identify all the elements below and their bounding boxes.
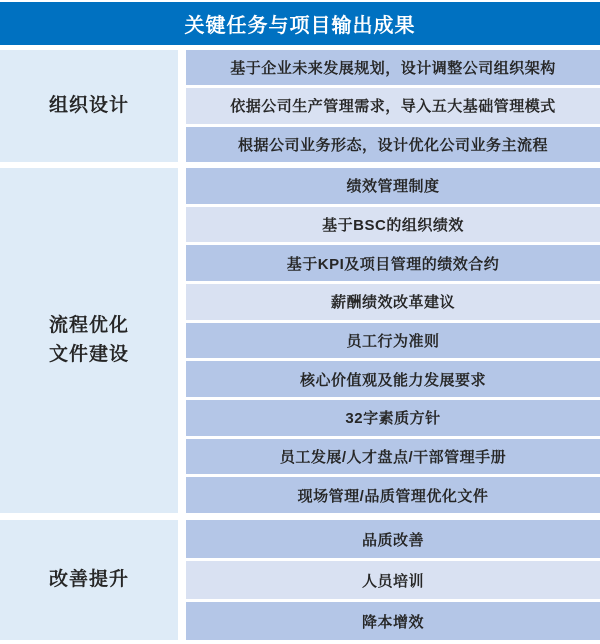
output-item-label: 根据公司业务形态，设计优化公司业务主流程 xyxy=(238,134,548,155)
output-item: 人员培训 xyxy=(186,561,600,599)
output-item: 基于KPI及项目管理的绩效合约 xyxy=(186,245,600,281)
output-item-label: 员工行为准则 xyxy=(346,330,439,351)
output-item: 根据公司业务形态，设计优化公司业务主流程 xyxy=(186,127,600,162)
section-row: 组织设计 基于企业未来发展规划，设计调整公司组织架构 依据公司生产管理需求，导入… xyxy=(0,50,600,162)
output-item-label: 人员培训 xyxy=(362,570,424,591)
output-item-label: 基于企业未来发展规划，设计调整公司组织架构 xyxy=(230,57,556,78)
category-cell: 改善提升 xyxy=(0,520,178,640)
output-item: 32字素质方针 xyxy=(186,400,600,436)
slide-table: 关键任务与项目输出成果 组织设计 基于企业未来发展规划，设计调整公司组织架构 依… xyxy=(0,0,600,644)
output-item: 基于企业未来发展规划，设计调整公司组织架构 xyxy=(186,50,600,85)
output-item: 薪酬绩效改革建议 xyxy=(186,284,600,320)
output-item-label: 降本增效 xyxy=(362,611,424,632)
output-item: 现场管理/品质管理优化文件 xyxy=(186,477,600,513)
output-item-label: 32字素质方针 xyxy=(345,407,440,428)
category-cell: 流程优化 文件建设 xyxy=(0,168,178,513)
output-item: 绩效管理制度 xyxy=(186,168,600,204)
output-item-label: 基于KPI及项目管理的绩效合约 xyxy=(287,253,500,274)
output-item: 员工行为准则 xyxy=(186,323,600,359)
category-label: 改善提升 xyxy=(49,566,129,595)
output-item-label: 品质改善 xyxy=(362,529,424,550)
output-item-label: 员工发展/人才盘点/干部管理手册 xyxy=(280,446,506,467)
table-body: 组织设计 基于企业未来发展规划，设计调整公司组织架构 依据公司生产管理需求，导入… xyxy=(0,50,600,640)
output-item: 品质改善 xyxy=(186,520,600,558)
section-row: 流程优化 文件建设 绩效管理制度 基于BSC的组织绩效 基于KPI及项目管理的绩… xyxy=(0,168,600,513)
output-item: 核心价值观及能力发展要求 xyxy=(186,361,600,397)
output-item: 员工发展/人才盘点/干部管理手册 xyxy=(186,439,600,475)
output-item-label: 绩效管理制度 xyxy=(346,175,439,196)
category-cell: 组织设计 xyxy=(0,50,178,162)
section-items: 绩效管理制度 基于BSC的组织绩效 基于KPI及项目管理的绩效合约 薪酬绩效改革… xyxy=(186,168,600,513)
output-item: 基于BSC的组织绩效 xyxy=(186,207,600,243)
output-item: 依据公司生产管理需求，导入五大基础管理模式 xyxy=(186,88,600,123)
section-items: 品质改善 人员培训 降本增效 xyxy=(186,520,600,640)
page-title-text: 关键任务与项目输出成果 xyxy=(185,9,416,38)
section-row: 改善提升 品质改善 人员培训 降本增效 xyxy=(0,520,600,640)
output-item-label: 核心价值观及能力发展要求 xyxy=(300,369,486,390)
category-label: 流程优化 文件建设 xyxy=(49,312,129,369)
output-item-label: 薪酬绩效改革建议 xyxy=(331,291,455,312)
output-item-label: 基于BSC的组织绩效 xyxy=(322,214,464,235)
output-item: 降本增效 xyxy=(186,602,600,640)
output-item-label: 现场管理/品质管理优化文件 xyxy=(298,485,489,506)
category-label: 组织设计 xyxy=(49,92,129,121)
page-title: 关键任务与项目输出成果 xyxy=(0,2,600,45)
section-items: 基于企业未来发展规划，设计调整公司组织架构 依据公司生产管理需求，导入五大基础管… xyxy=(186,50,600,162)
output-item-label: 依据公司生产管理需求，导入五大基础管理模式 xyxy=(230,95,556,116)
